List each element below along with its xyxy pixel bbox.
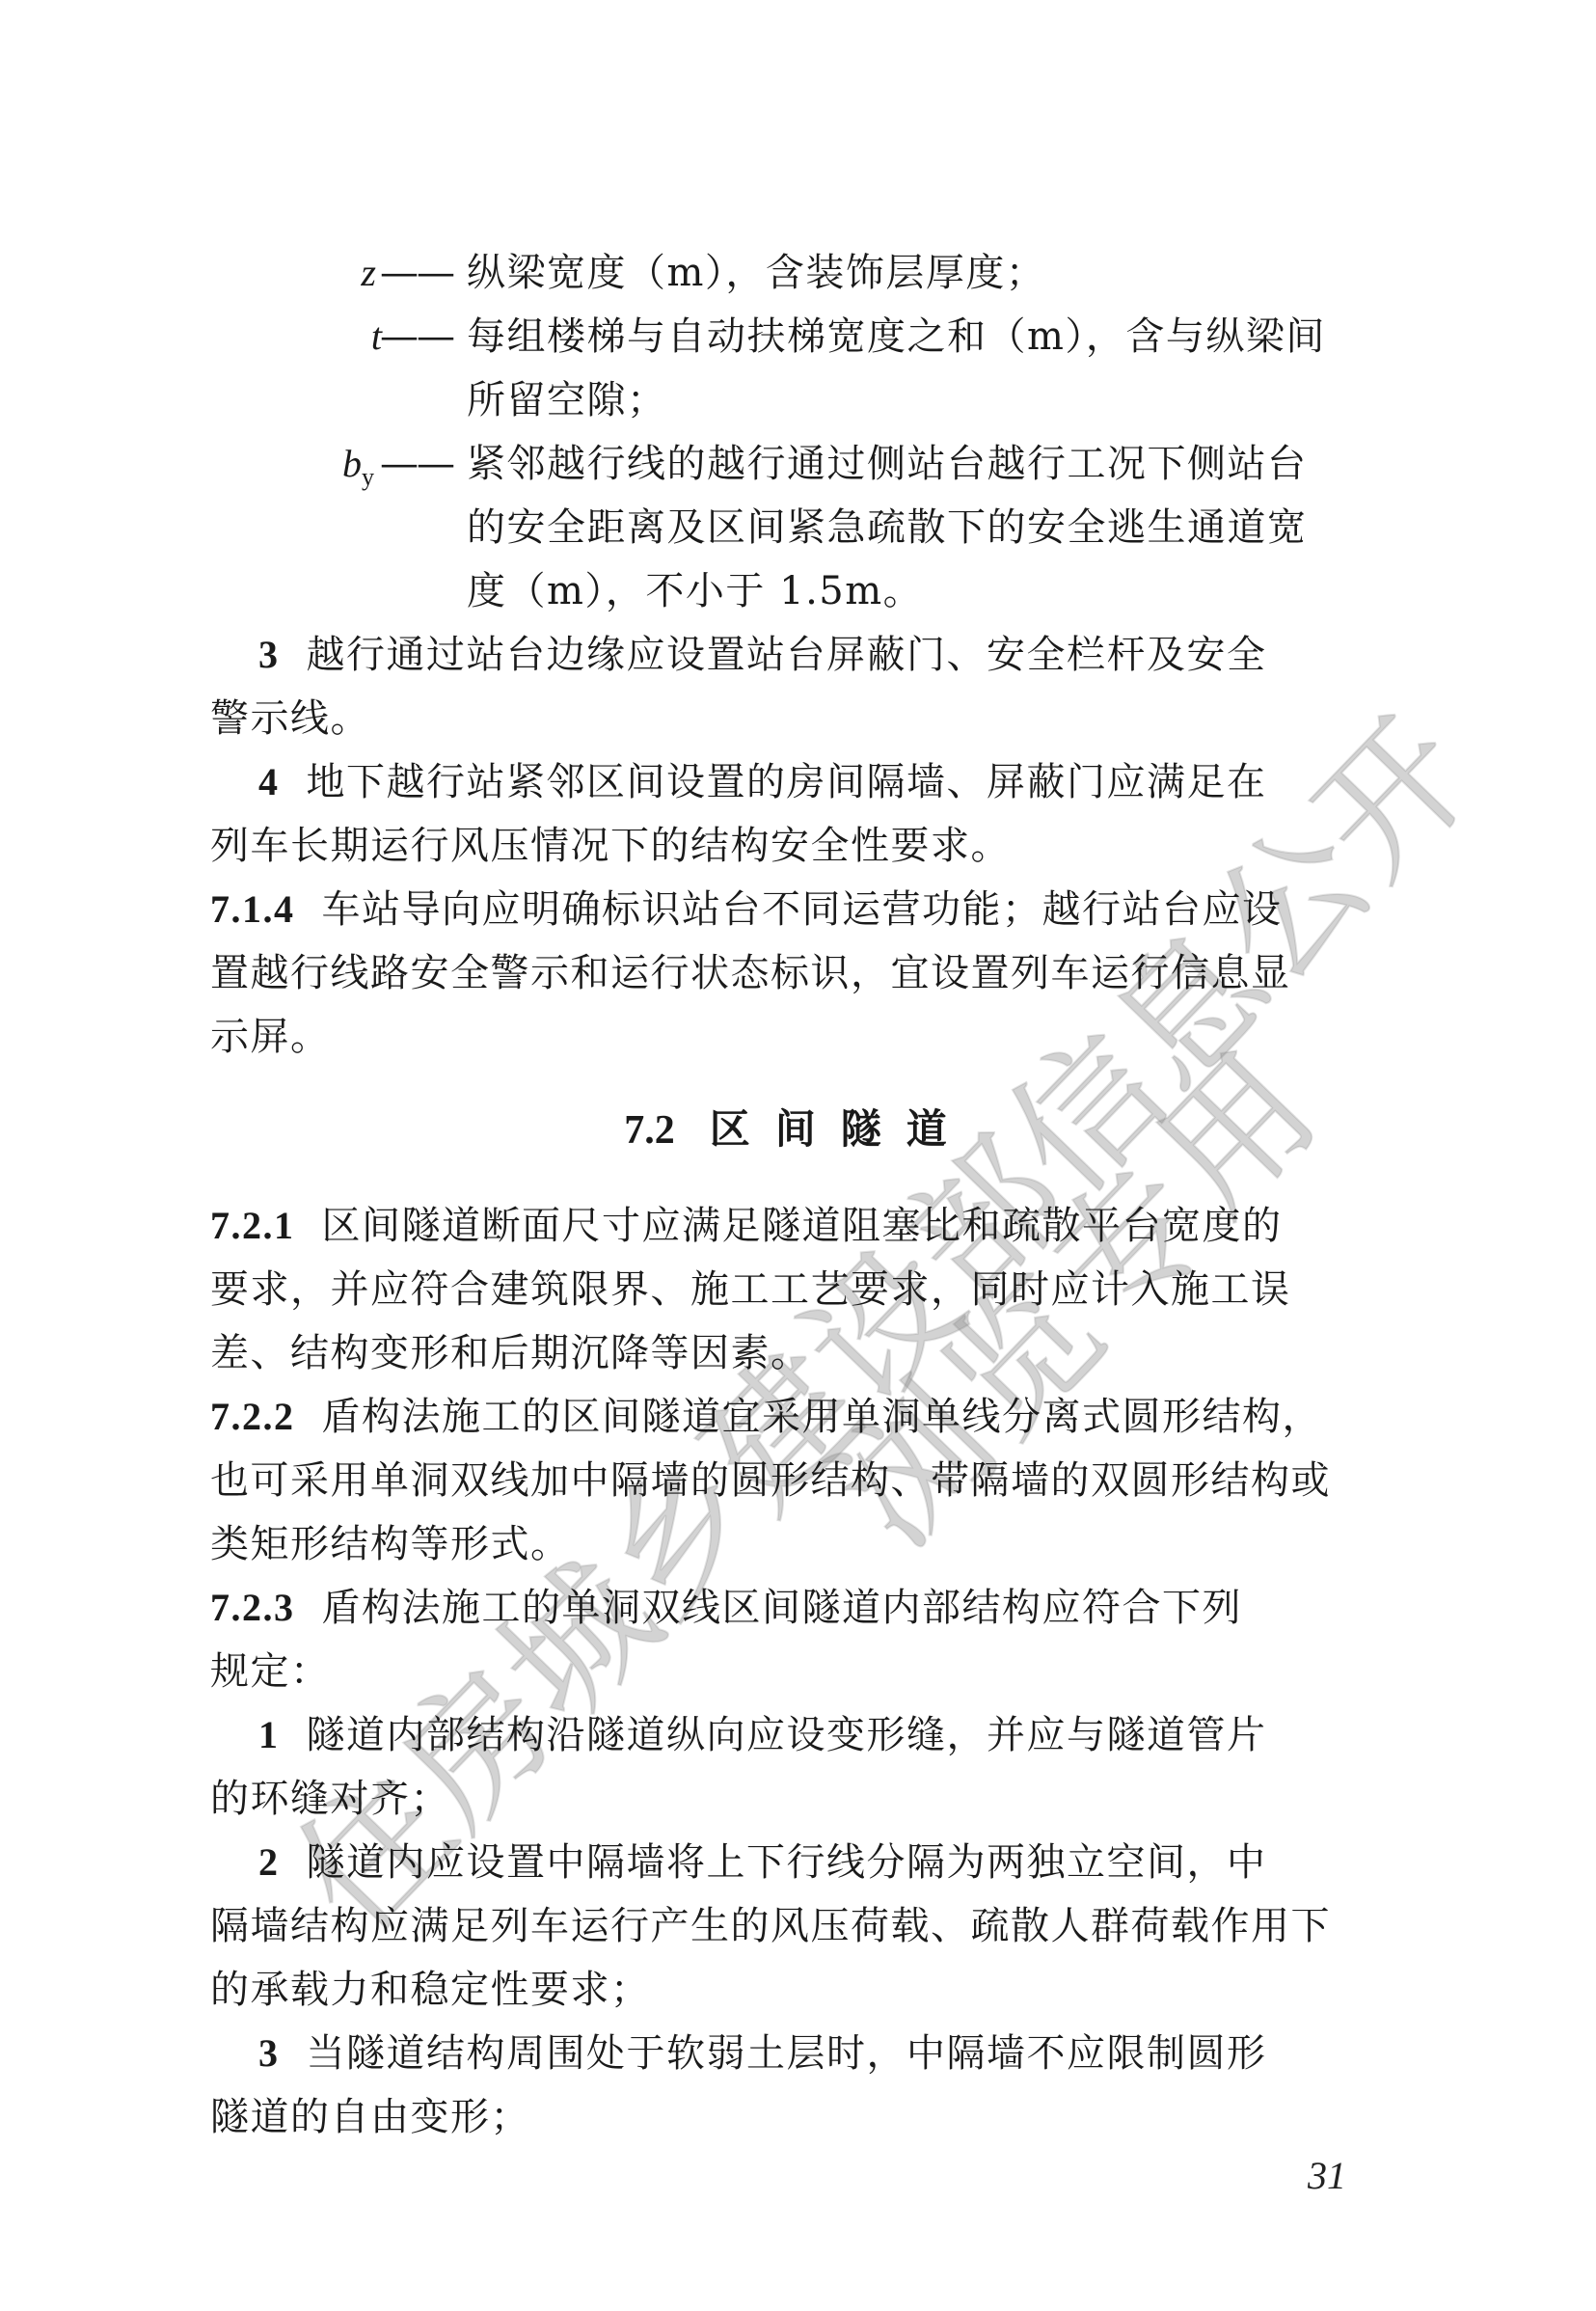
variable-desc-line: 每组楼梯与自动扶梯宽度之和（m），含与纵梁间: [467, 305, 1389, 368]
clause-number: 7.1.4: [210, 887, 295, 931]
clause-number: 7.2.2: [210, 1395, 295, 1438]
clause-number: 7.2.1: [210, 1204, 295, 1247]
paragraph-line: 置越行线路安全警示和运行状态标识，宜设置列车运行信息显: [210, 941, 1389, 1005]
paragraph-line: 7.2.2盾构法施工的区间隧道宜采用单洞单线分离式圆形结构，: [210, 1385, 1389, 1449]
paragraph-line: 要求，并应符合建筑限界、施工工艺要求，同时应计入施工误: [210, 1258, 1389, 1321]
paragraph-line: 3当隧道结构周围处于软弱土层时，中隔墙不应限制圆形: [210, 2022, 1389, 2085]
paragraph-line: 7.2.1区间隧道断面尺寸应满足隧道阻塞比和疏散平台宽度的: [210, 1194, 1389, 1258]
document-page: 住房城乡建设部信息公开 浏览专用 z —— 纵梁宽度（m），含装饰层厚度； t …: [0, 0, 1596, 2311]
paragraph-line: 2隧道内应设置中隔墙将上下行线分隔为两独立空间，中: [210, 1831, 1389, 1894]
paragraph-line: 的环缝对齐；: [210, 1767, 1389, 1831]
paragraph-line: 差、结构变形和后期沉降等因素。: [210, 1321, 1389, 1385]
item-number: 3: [258, 2031, 280, 2075]
variable-desc-line: 紧邻越行线的越行通过侧站台越行工况下侧站台: [467, 432, 1389, 496]
item-number: 1: [258, 1713, 280, 1756]
variable-symbol: by: [278, 432, 374, 509]
paragraph-line: 类矩形结构等形式。: [210, 1512, 1389, 1576]
paragraph-line: 7.2.3盾构法施工的单洞双线区间隧道内部结构应符合下列: [210, 1576, 1389, 1640]
section-name: 区间隧道: [710, 1105, 972, 1153]
page-number: 31: [1308, 2153, 1346, 2198]
item-number: 2: [258, 1840, 280, 1884]
em-dash: ——: [380, 305, 453, 368]
paragraph-line: 7.1.4车站导向应明确标识站台不同运营功能；越行站台应设: [210, 878, 1389, 941]
paragraph-line: 1隧道内部结构沿隧道纵向应设变形缝，并应与隧道管片: [210, 1703, 1389, 1767]
paragraph-line: 隧道的自由变形；: [210, 2085, 1389, 2149]
paragraph-line: 4地下越行站紧邻区间设置的房间隔墙、屏蔽门应满足在: [210, 750, 1389, 814]
section-title: 7.2区间隧道: [0, 1098, 1596, 1162]
variable-symbol: z: [280, 241, 376, 305]
variable-desc-line: 所留空隙；: [467, 368, 1389, 432]
paragraph-line: 3越行通过站台边缘应设置站台屏蔽门、安全栏杆及安全: [210, 623, 1389, 687]
section-number: 7.2: [624, 1108, 675, 1153]
paragraph-line: 的承载力和稳定性要求；: [210, 1958, 1389, 2022]
item-number: 4: [258, 760, 280, 803]
paragraph-line: 规定：: [210, 1640, 1389, 1703]
em-dash: ——: [380, 432, 453, 496]
paragraph-line: 示屏。: [210, 1005, 1389, 1069]
paragraph-line: 也可采用单洞双线加中隔墙的圆形结构、带隔墙的双圆形结构或: [210, 1449, 1389, 1512]
variable-desc-line: 纵梁宽度（m），含装饰层厚度；: [467, 241, 1389, 305]
variable-desc-line: 的安全距离及区间紧急疏散下的安全逃生通道宽: [467, 496, 1389, 559]
paragraph-line: 警示线。: [210, 687, 1389, 750]
clause-number: 7.2.3: [210, 1586, 295, 1629]
item-number: 3: [258, 633, 280, 676]
variable-desc-line: 度（m），不小于 1.5m。: [467, 559, 1389, 623]
em-dash: ——: [380, 241, 453, 305]
paragraph-line: 列车长期运行风压情况下的结构安全性要求。: [210, 814, 1389, 878]
paragraph-line: 隔墙结构应满足列车运行产生的风压荷载、疏散人群荷载作用下: [210, 1894, 1389, 1958]
variable-symbol: t: [285, 305, 382, 368]
